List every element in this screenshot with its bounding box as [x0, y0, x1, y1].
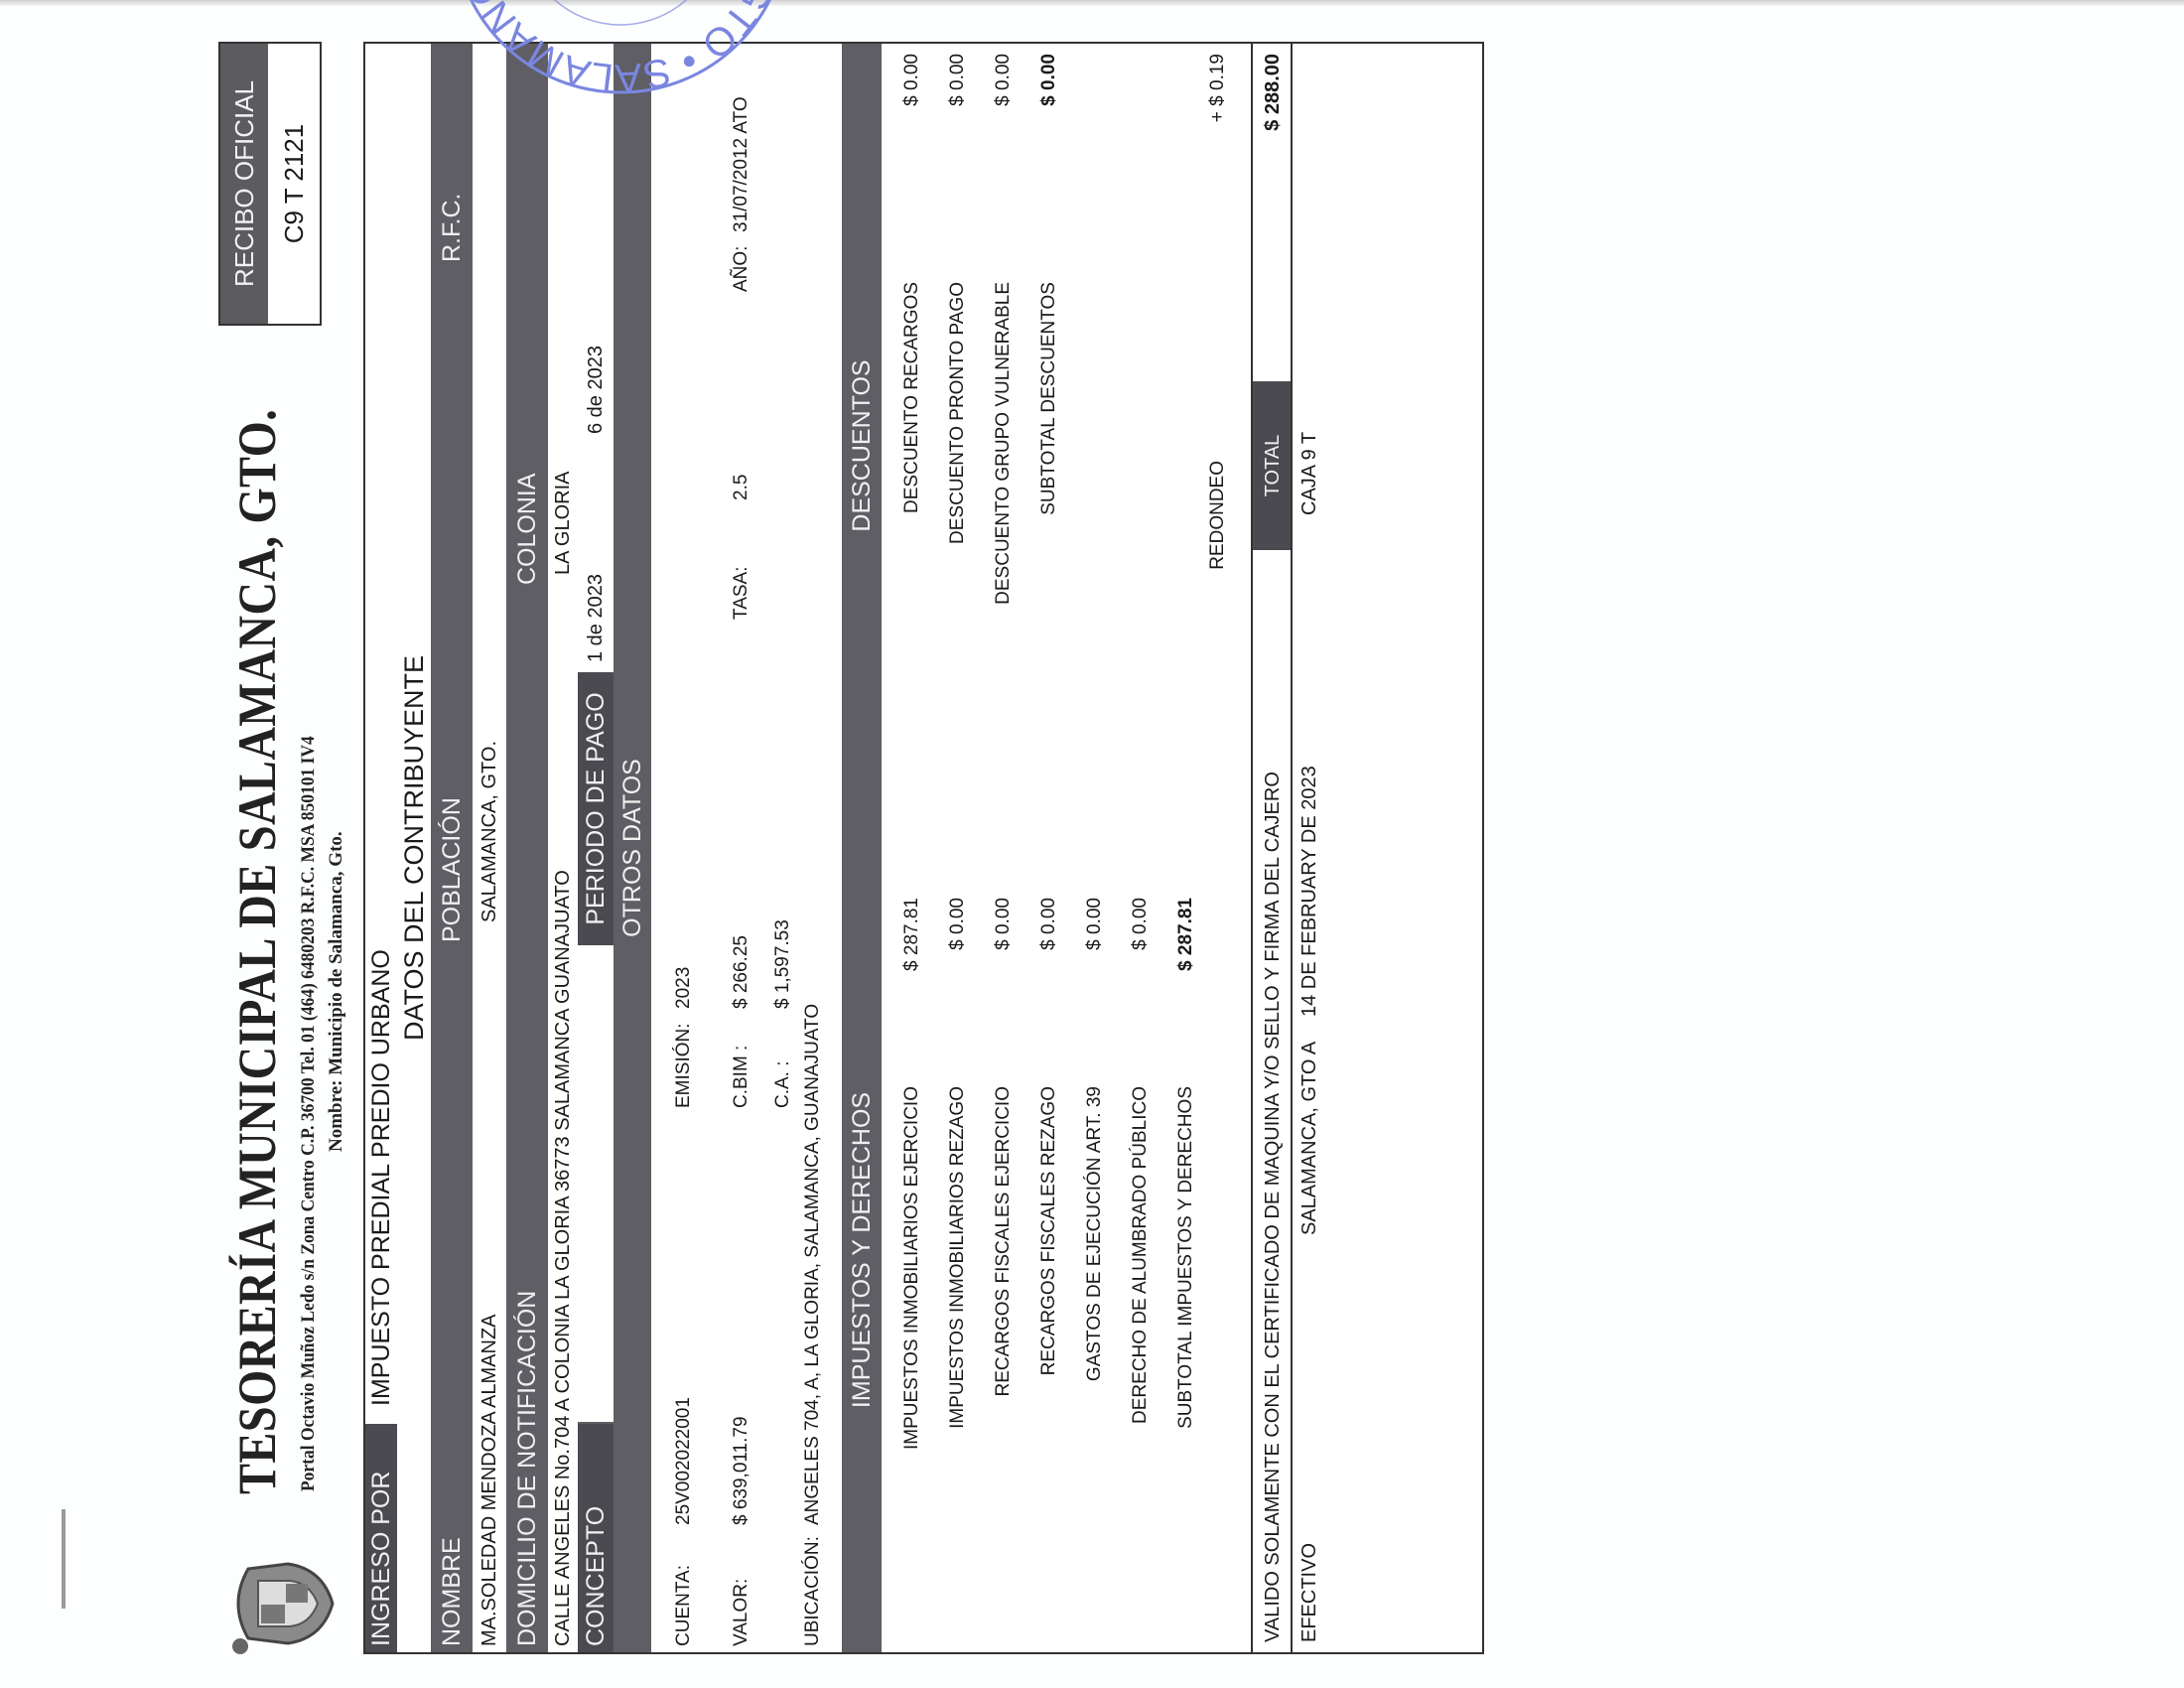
- impuesto-label: IMPUESTOS INMOBILIARIOS EJERCICIO: [901, 1086, 923, 1642]
- receipt-label: RECIBO OFICIAL: [220, 44, 268, 324]
- ubicacion-label: UBICACIÓN:: [802, 1536, 824, 1646]
- impuesto-amount: $ 0.00: [1038, 898, 1060, 1076]
- cuenta-label: CUENTA:: [673, 1565, 695, 1646]
- impuesto-label: IMPUESTOS INMOBILIARIOS REZAGO: [947, 1086, 969, 1642]
- impuestos-title: IMPUESTOS Y DERECHOS: [842, 848, 882, 1652]
- stamp-outer-text: TESORERIA MUNICIPAL • GTO • SALAMANCA •: [447, 0, 794, 99]
- ca-label: C.A. :: [772, 1060, 794, 1108]
- receipt-number-box: RECIBO OFICIAL C9 T 2121: [218, 42, 322, 326]
- impuesto-amount: $ 287.81: [1175, 898, 1197, 1076]
- issuer-name: Nombre: Municipio de Salamanca, Gto.: [326, 831, 347, 1152]
- domicilio-header-row: DOMICILIO DE NOTIFICACIÓN COLONIA: [506, 44, 548, 1652]
- poblacion-value: SALAMANCA, GTO.: [473, 741, 506, 922]
- concepto-value: [578, 945, 614, 1422]
- impuesto-amount: $ 0.00: [1130, 898, 1152, 1076]
- contribuyente-values-row: MA.SOLEDAD MENDOZA ALMANZA SALAMANCA, GT…: [473, 44, 506, 1652]
- total-value: $ 288.00: [1253, 54, 1293, 381]
- cbim-value: $ 266.25: [731, 935, 752, 1009]
- payment-row: EFECTIVO SALAMANCA, GTO A 14 DE FEBRUARY…: [1291, 44, 1326, 1652]
- nombre-value: MA.SOLEDAD MENDOZA ALMANZA: [473, 1314, 506, 1646]
- impuesto-amount: $ 0.00: [947, 898, 969, 1076]
- descuento-amount: $ 0.00: [993, 54, 1015, 262]
- anio-label: AÑO:: [731, 246, 752, 292]
- official-seal-stamp-icon: TESORERIA MUNICIPAL • GTO • SALAMANCA •: [447, 0, 794, 99]
- ingreso-label: INGRESO POR: [365, 1424, 397, 1652]
- payment-date: 14 DE FEBRUARY DE 2023: [1293, 766, 1326, 1017]
- impuesto-amount: $ 0.00: [993, 898, 1015, 1076]
- charges-header-row: IMPUESTOS Y DERECHOS DESCUENTOS: [842, 44, 882, 1652]
- impuesto-amount: $ 0.00: [1084, 898, 1106, 1076]
- valor-label: VALOR:: [731, 1579, 752, 1646]
- ingreso-row: INGRESO POR IMPUESTO PREDIAL PREDIO URBA…: [365, 44, 397, 1652]
- contribuyente-header-row: NOMBRE POBLACIÓN R.F.C.: [431, 44, 473, 1652]
- poblacion-label: POBLACIÓN: [431, 797, 473, 942]
- emision-value: 2023: [673, 967, 695, 1009]
- impuesto-label: GASTOS DE EJECUCIÓN ART. 39: [1084, 1086, 1106, 1642]
- validity-note: VALIDO SOLAMENTE CON EL CERTIFICADO DE M…: [1253, 772, 1293, 1642]
- cuenta-value: 25V002022001: [673, 1397, 695, 1525]
- receipt-number: C9 T 2121: [268, 44, 320, 324]
- valor-value: $ 639,011.79: [731, 1416, 752, 1525]
- receipt-document: TESORERÍA MUNICIPAL DE SALAMANCA, GTO. P…: [199, 20, 1509, 1668]
- issuer-address: Portal Octavio Muñoz Ledo s/n Zona Centr…: [298, 736, 320, 1491]
- impuesto-label: RECARGOS FISCALES REZAGO: [1038, 1086, 1060, 1642]
- contribuyente-section-title: DATOS DEL CONTRIBUYENTE: [397, 44, 431, 1652]
- rfc-label: R.F.C.: [431, 194, 473, 262]
- descuento-amount: $ 0.00: [901, 54, 923, 262]
- impuesto-label: DERECHO DE ALUMBRADO PÚBLICO: [1130, 1086, 1152, 1642]
- otros-datos-title: OTROS DATOS: [614, 44, 651, 1652]
- receipt-form: INGRESO POR IMPUESTO PREDIAL PREDIO URBA…: [363, 42, 1484, 1654]
- total-label: TOTAL: [1253, 381, 1293, 550]
- colonia-value: LA GLORIA: [548, 472, 578, 576]
- descuento-amount: $ 0.00: [1038, 54, 1060, 262]
- colonia-label: COLONIA: [506, 473, 548, 585]
- periodo-hasta: 6 de 2023: [585, 346, 608, 434]
- domicilio-values-row: CALLE ANGELES No.704 A COLONIA LA GLORIA…: [548, 44, 578, 1652]
- cashier-box: CAJA 9 T: [1293, 432, 1326, 515]
- descuento-label: DESCUENTO PRONTO PAGO: [947, 282, 969, 838]
- svg-text:TESORERIA MUNICIPAL • GTO • SA: TESORERIA MUNICIPAL • GTO • SALAMANCA •: [447, 0, 794, 99]
- payment-method: EFECTIVO: [1293, 1543, 1326, 1642]
- descuentos-title: DESCUENTOS: [842, 44, 882, 848]
- descuento-label: SUBTOTAL DESCUENTOS: [1038, 282, 1060, 838]
- municipal-coat-of-arms-icon: [228, 1549, 338, 1658]
- descuento-amount: $ 0.00: [947, 54, 969, 262]
- ingreso-value: IMPUESTO PREDIAL PREDIO URBANO: [365, 46, 397, 1414]
- periodo-desde: 1 de 2023: [585, 574, 608, 662]
- domicilio-value: CALLE ANGELES No.704 A COLONIA LA GLORIA…: [548, 870, 578, 1646]
- tasa-value: 2.5: [731, 475, 752, 500]
- nombre-label: NOMBRE: [431, 1537, 473, 1646]
- descuento-label: DESCUENTO RECARGOS: [901, 282, 923, 838]
- tasa-label: TASA:: [731, 567, 752, 621]
- concepto-label: CONCEPTO: [578, 1424, 614, 1652]
- impuesto-label: SUBTOTAL IMPUESTOS Y DERECHOS: [1175, 1086, 1197, 1642]
- anio-value: 31/07/2012 ATO: [731, 96, 752, 232]
- ubicacion-value: ANGELES 704, A, LA GLORIA, SALAMANCA, GU…: [802, 1004, 824, 1525]
- impuesto-amount: $ 287.81: [901, 898, 923, 1076]
- scan-artifact: [62, 1509, 66, 1609]
- descuento-label: DESCUENTO GRUPO VULNERABLE: [993, 282, 1015, 838]
- periodo-values: 1 de 2023 6 de 2023: [578, 44, 614, 672]
- periodo-label: PERIODO DE PAGO: [578, 672, 614, 945]
- redondeo-value: + $ 0.19: [1207, 54, 1229, 262]
- emision-label: EMISIÓN:: [673, 1023, 695, 1108]
- page-title: TESORERÍA MUNICIPAL DE SALAMANCA, GTO.: [226, 409, 288, 1494]
- ca-value: $ 1,597.53: [772, 919, 794, 1009]
- cbim-label: C.BIM :: [731, 1046, 752, 1108]
- concepto-row: CONCEPTO PERIODO DE PAGO 1 de 2023 6 de …: [578, 44, 614, 1652]
- domicilio-label: DOMICILIO DE NOTIFICACIÓN: [506, 1291, 548, 1646]
- impuesto-label: RECARGOS FISCALES EJERCICIO: [993, 1086, 1015, 1642]
- scan-edge: [0, 0, 2184, 6]
- payment-place: SALAMANCA, GTO A: [1293, 1042, 1326, 1235]
- redondeo-label: REDONDEO: [1207, 461, 1229, 759]
- validity-row: VALIDO SOLAMENTE CON EL CERTIFICADO DE M…: [1251, 44, 1293, 1652]
